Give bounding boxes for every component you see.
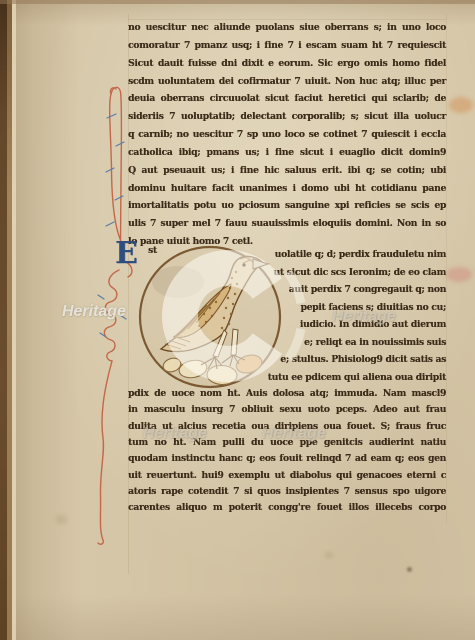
manuscript-page: no uescitur nec aliunde puolans siue obe… [0,0,475,640]
copyright-watermark-icon [0,0,475,640]
